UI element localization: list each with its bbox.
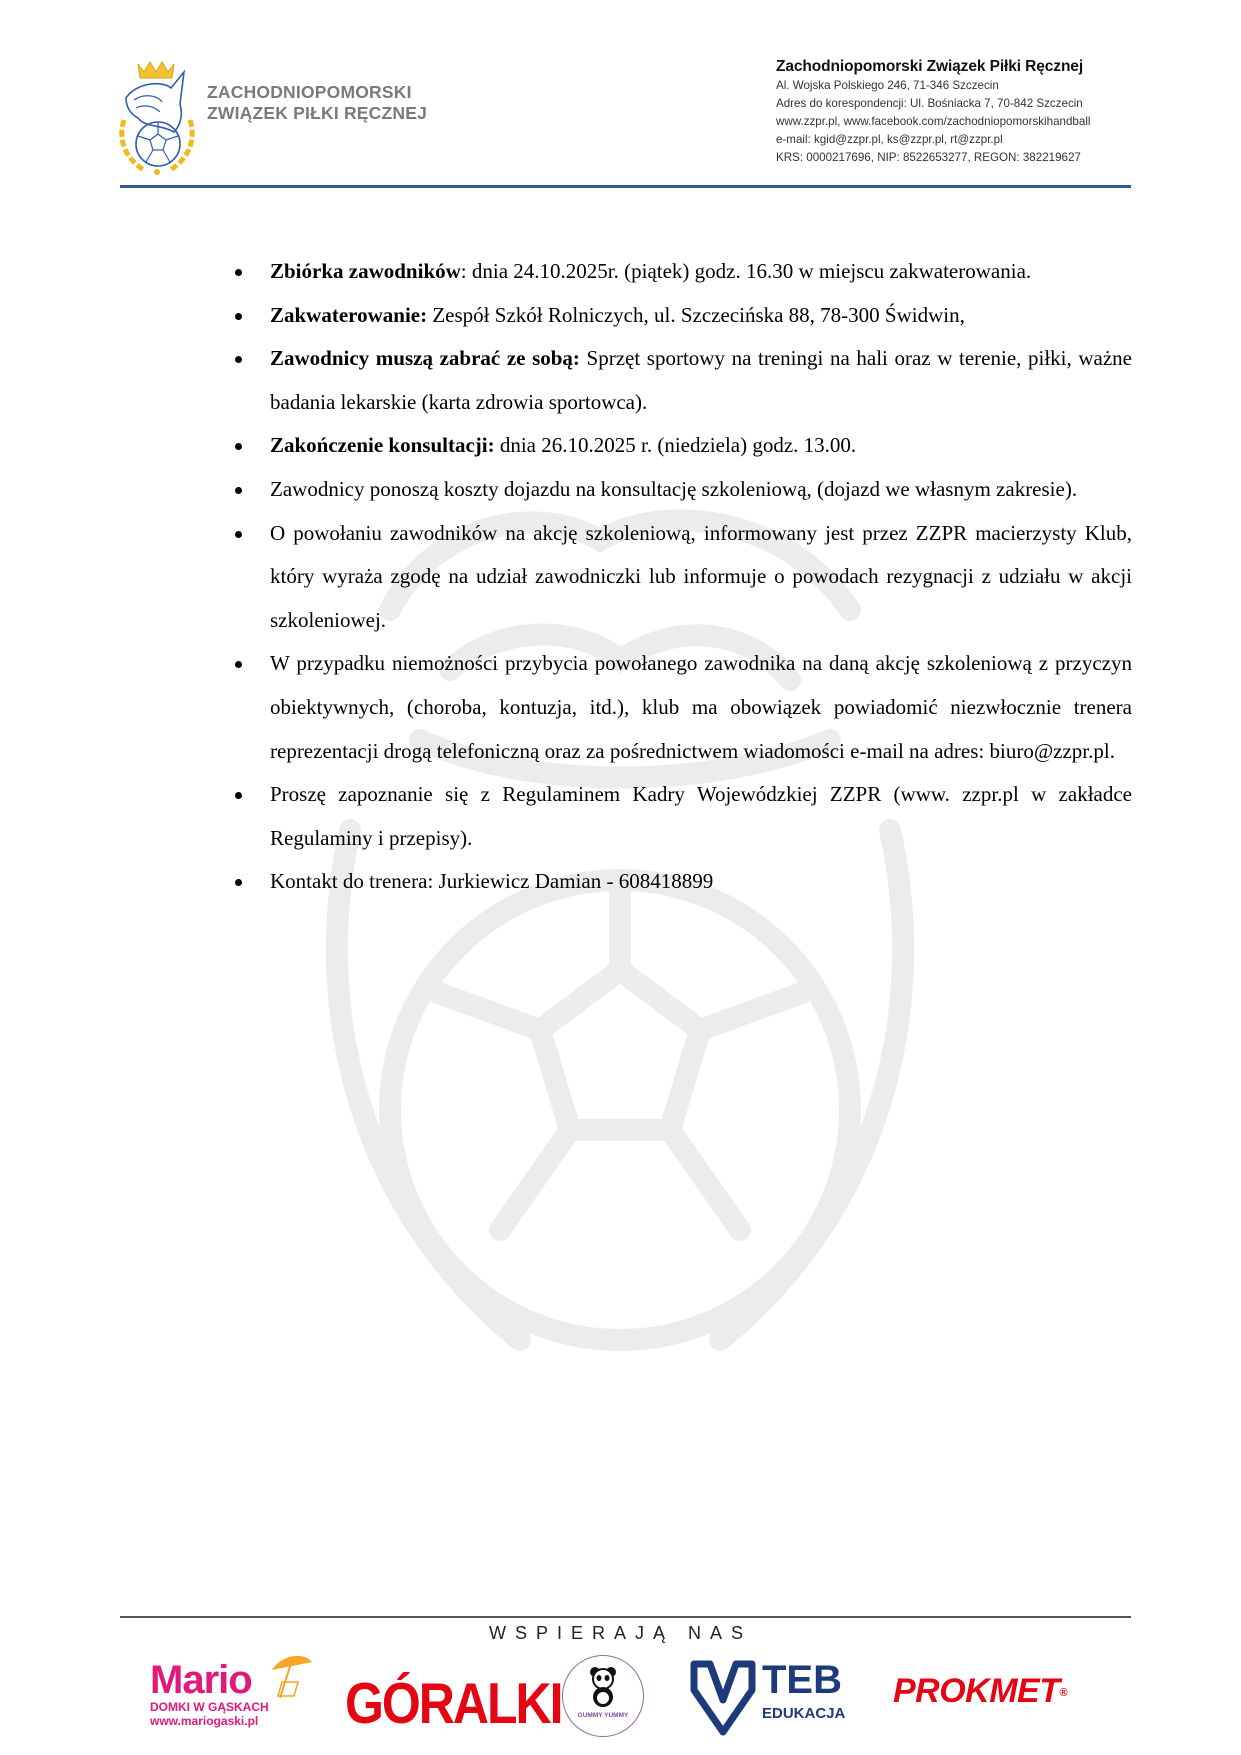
sponsor-teb-name: TEB <box>762 1660 842 1700</box>
header-divider <box>120 185 1131 188</box>
sponsor-logo-mario: Mario DOMKI W GĄSKACH www.mariogaski.pl <box>150 1660 320 1740</box>
beach-umbrella-icon <box>268 1652 314 1702</box>
org-websites[interactable]: www.zzpr.pl, www.facebook.com/zachodniop… <box>776 113 1090 131</box>
sponsor-logo-goralki: GÓRALKI <box>345 1670 562 1737</box>
zzpr-logo-emblem <box>116 58 196 176</box>
sponsor-teb-sub: EDUKACJA <box>762 1705 845 1722</box>
list-item-travel-costs: Zawodnicy ponoszą koszty dojazdu na kons… <box>232 468 1132 512</box>
org-title: Zachodniopomorski Związek Piłki Ręcznej <box>776 57 1090 77</box>
org-correspondence-address: Adres do korespondencji: Ul. Bośniacka 7… <box>776 95 1090 113</box>
list-item-accommodation: Zakwaterowanie: Zespół Szkół Rolniczych,… <box>232 294 1132 338</box>
footer-divider <box>120 1616 1131 1618</box>
panda-icon <box>589 1666 617 1708</box>
list-item-end-of-camp: Zakończenie konsultacji: dnia 26.10.2025… <box>232 424 1132 468</box>
list-item-absence-policy: W przypadku niemożności przybycia powoła… <box>232 642 1132 773</box>
logo-text-line2: ZWIĄZEK PIŁKI RĘCZNEJ <box>207 103 427 124</box>
sponsor-logo-teb: TEB EDUKACJA <box>690 1660 860 1740</box>
list-item-club-notification: O powołaniu zawodników na akcję szkoleni… <box>232 512 1132 643</box>
list-item-coach-contact: Kontakt do trenera: Jurkiewicz Damian - … <box>232 860 1132 904</box>
info-bullet-list: Zbiórka zawodników: dnia 24.10.2025r. (p… <box>232 250 1132 904</box>
org-emails[interactable]: e-mail: kgid@zzpr.pl, ks@zzpr.pl, rt@zzp… <box>776 131 1090 149</box>
registered-mark: ® <box>1060 1687 1068 1699</box>
logo-text-line1: ZACHODNIOPOMORSKI <box>207 82 427 103</box>
list-item-equipment: Zawodnicy muszą zabrać ze sobą: Sprzęt s… <box>232 337 1132 424</box>
sponsor-mario-tagline: DOMKI W GĄSKACH <box>150 1700 320 1714</box>
logo-wordmark: ZACHODNIOPOMORSKI ZWIĄZEK PIŁKI RĘCZNEJ <box>207 82 427 124</box>
sponsor-gummy-name: GUMMY YUMMY <box>563 1712 643 1719</box>
sponsor-logo-prokmet: PROKMET® <box>893 1672 1067 1711</box>
sponsors-heading: WSPIERAJĄ NAS <box>0 1623 1241 1644</box>
sponsor-logo-gummy-yummy: GUMMY YUMMY <box>562 1655 644 1737</box>
org-contact-block: Zachodniopomorski Związek Piłki Ręcznej … <box>776 57 1090 167</box>
teb-shield-icon <box>690 1660 756 1736</box>
org-registry-numbers: KRS: 0000217696, NIP: 8522653277, REGON:… <box>776 149 1090 167</box>
list-item-regulations: Proszę zapoznanie się z Regulaminem Kadr… <box>232 773 1132 860</box>
list-item-gathering: Zbiórka zawodników: dnia 24.10.2025r. (p… <box>232 250 1132 294</box>
org-address: Al. Wojska Polskiego 246, 71-346 Szczeci… <box>776 77 1090 95</box>
sponsor-prokmet-name: PROKMET <box>893 1672 1060 1710</box>
sponsor-mario-url[interactable]: www.mariogaski.pl <box>150 1714 320 1728</box>
